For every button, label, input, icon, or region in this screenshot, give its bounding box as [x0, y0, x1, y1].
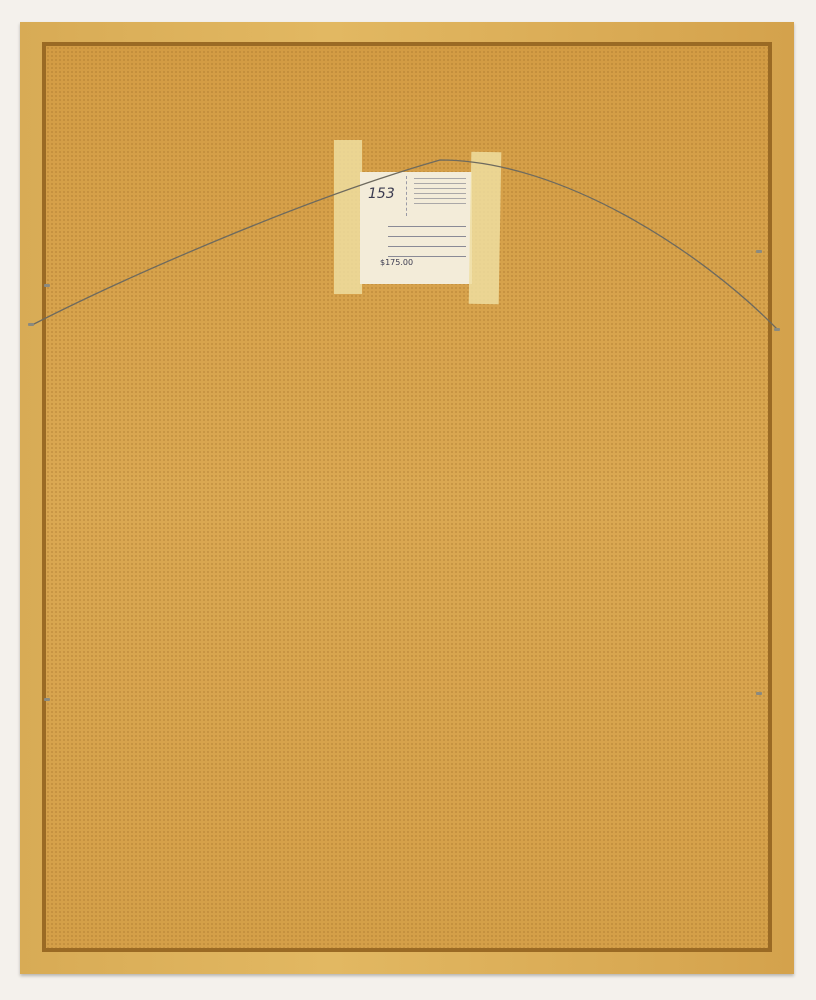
nail-icon [44, 698, 50, 701]
hanging-wire [0, 0, 816, 1000]
wire-anchor-left [28, 323, 34, 326]
nail-icon [756, 250, 762, 253]
wire-anchor-right [774, 328, 780, 331]
nail-icon [756, 692, 762, 695]
nail-icon [44, 284, 50, 287]
